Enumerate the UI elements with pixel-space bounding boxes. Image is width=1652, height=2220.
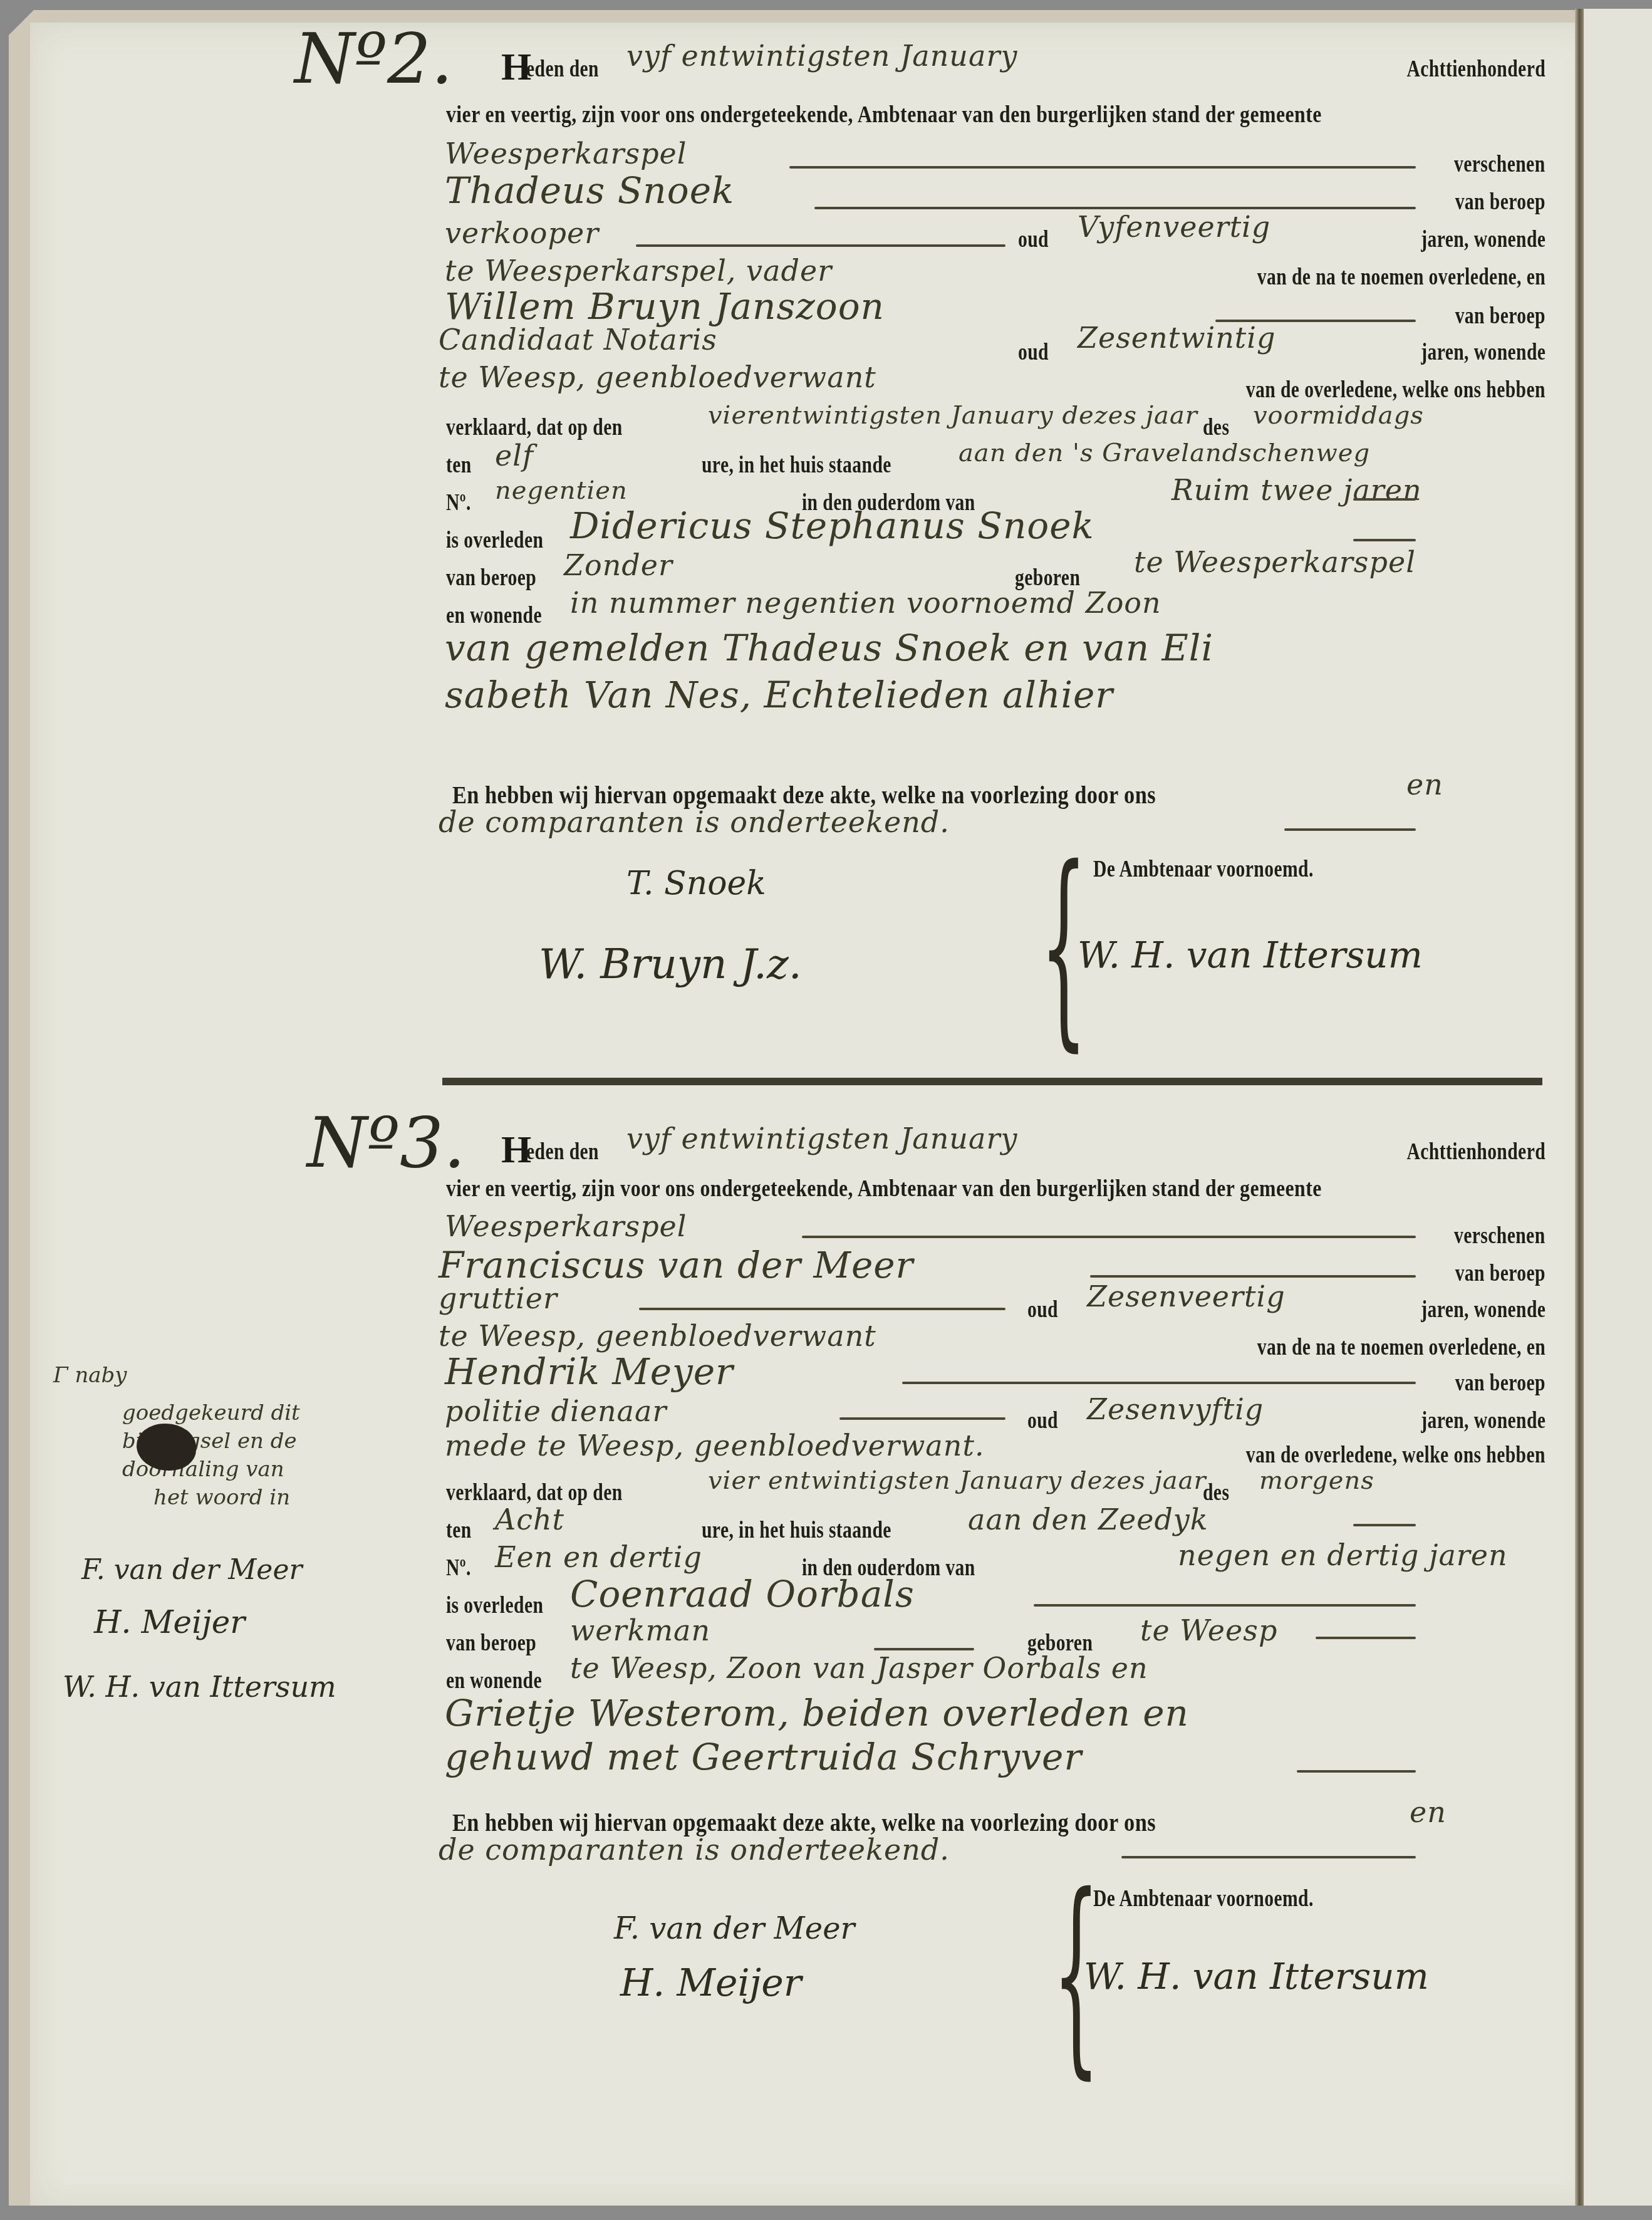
age-of-deceased: negen en dertig jaren: [1178, 1538, 1508, 1572]
closing-en: en: [1406, 768, 1443, 801]
fill-line: [789, 166, 1416, 169]
declarant1-profession: verkooper: [445, 216, 599, 250]
death-date: vier entwintigsten January dezes jaar: [708, 1466, 1207, 1495]
printed-en-wonende: en wonende: [446, 602, 542, 629]
printed-des: des: [1203, 414, 1229, 441]
fill-line: [802, 1236, 1416, 1238]
printed-jaren-wonende: jaren, wonende: [1421, 338, 1546, 366]
margin-signature: F. van der Meer: [81, 1554, 302, 1586]
declarant2-name: Willem Bruyn Janszoon: [445, 285, 885, 328]
printed-van-beroep: van beroep: [1455, 1369, 1546, 1397]
printed-verschenen: verschenen: [1455, 150, 1546, 178]
closing-handwritten: de comparanten is onderteekend.: [439, 1833, 950, 1867]
scan-background: [0, 2206, 1652, 2220]
fill-line: [1353, 498, 1416, 501]
fill-line: [839, 1417, 1005, 1420]
fill-line: [1353, 539, 1416, 541]
fill-line: [1316, 1637, 1416, 1639]
adjacent-page-edge: [1584, 9, 1652, 2211]
fill-line: [1353, 1524, 1416, 1526]
printed-van-beroep: van beroep: [446, 564, 536, 591]
printed-no: Nº.: [446, 489, 471, 516]
declarant1-age: Vyfenveertig: [1078, 210, 1270, 244]
printed-en-wonende: en wonende: [446, 1667, 542, 1694]
residence-line-3: sabeth Van Nes, Echtelieden alhier: [445, 674, 1113, 716]
printed-heden-den: eden den: [526, 1138, 599, 1165]
declarant2-profession: Candidaat Notaris: [439, 323, 717, 357]
closing-handwritten: de comparanten is onderteekend.: [439, 805, 950, 839]
printed-van-beroep: van beroep: [1455, 1259, 1546, 1287]
signature-declarant-2: W. Bruyn J.z.: [539, 940, 802, 988]
signature-official: W. H. van Ittersum: [1078, 934, 1423, 976]
printed-jaren-wonende: jaren, wonende: [1421, 1296, 1546, 1323]
margin-signature: H. Meijer: [94, 1604, 245, 1640]
margin-signature: W. H. van Ittersum: [63, 1670, 336, 1704]
declarant1-age: Zesenveertig: [1087, 1279, 1286, 1313]
printed-no: Nº.: [446, 1554, 471, 1582]
hour: Acht: [495, 1503, 564, 1536]
printed-ten: ten: [446, 1516, 472, 1544]
deceased-profession: werkman: [570, 1613, 710, 1647]
house-location: aan den 's Gravelandschenweg: [958, 439, 1370, 467]
signature-declarant-1: F. van der Meer: [614, 1911, 855, 1946]
deceased-name: Coenraad Oorbals: [570, 1573, 915, 1615]
handwritten-municipality: Weesperkarspel: [445, 1209, 687, 1243]
fill-line: [639, 1308, 1005, 1310]
printed-ure-in-het-huis: ure, in het huis staande: [702, 451, 891, 479]
record-number: Nº2.: [294, 19, 453, 99]
margin-note-line: Γ naby: [53, 1363, 127, 1388]
printed-ten: ten: [446, 451, 472, 479]
death-date: vierentwintigsten January dezes jaar: [708, 401, 1198, 430]
declarant2-residence: mede te Weesp, geenbloedverwant.: [445, 1429, 985, 1462]
age-of-deceased: Ruim twee jaren: [1171, 473, 1422, 507]
fill-line: [636, 244, 1005, 247]
record-separator: [442, 1078, 1542, 1085]
fill-line: [874, 1648, 974, 1650]
printed-van-de-na-te-noemen: van de na te noemen overledene, en: [1257, 1333, 1546, 1361]
declarant1-name: Thadeus Snoek: [445, 169, 734, 212]
deceased-name: Didericus Stephanus Snoek: [570, 504, 1094, 547]
printed-ure-in-het-huis: ure, in het huis staande: [702, 1516, 891, 1544]
handwritten-date: vyf entwintigsten January: [626, 39, 1017, 73]
declarant2-profession: politie dienaar: [445, 1394, 667, 1428]
fill-line: [1297, 1770, 1416, 1773]
declarant2-name: Hendrik Meyer: [445, 1350, 734, 1393]
printed-is-overleden: is overleden: [446, 1592, 543, 1619]
declarant1-residence: te Weesperkarspel, vader: [445, 254, 832, 288]
residence-line-1: te Weesp, Zoon van Jasper Oorbals en: [570, 1651, 1148, 1685]
house-number: Een en dertig: [495, 1540, 702, 1574]
printed-van-beroep: van beroep: [1455, 188, 1546, 216]
printed-oud: oud: [1018, 338, 1049, 366]
house-location: aan den Zeedyk: [968, 1503, 1208, 1536]
declarant1-name: Franciscus van der Meer: [439, 1244, 913, 1286]
record-number: Nº3.: [307, 1103, 465, 1183]
closing-en: en: [1410, 1795, 1447, 1829]
signature-official: W. H. van Ittersum: [1084, 1955, 1429, 1998]
handwritten-date: vyf entwintigsten January: [626, 1122, 1017, 1155]
printed-jaren-wonende: jaren, wonende: [1421, 226, 1546, 253]
printed-oud: oud: [1027, 1407, 1058, 1434]
declarant2-residence: te Weesp, geenbloedverwant: [439, 360, 876, 394]
printed-van-beroep: van beroep: [1455, 302, 1546, 330]
signature-declarant-1: T. Snoek: [626, 865, 766, 902]
printed-oud: oud: [1018, 226, 1049, 253]
book-gutter: [1575, 9, 1584, 2211]
residence-line-1: in nummer negentien voornoemd Zoon: [570, 586, 1161, 620]
fill-line: [814, 207, 1416, 209]
printed-achttienhonderd: Achttienhonderd: [1406, 1138, 1546, 1165]
deceased-profession: Zonder: [564, 548, 673, 582]
printed-oud: oud: [1027, 1296, 1058, 1323]
fill-line: [1090, 1275, 1416, 1278]
declarant1-profession: gruttier: [439, 1281, 558, 1315]
printed-line-2: vier en veertig, zijn voor ons ondergete…: [446, 102, 1322, 128]
printed-van-beroep: van beroep: [446, 1629, 536, 1657]
house-number: negentien: [495, 476, 628, 505]
declarant2-age: Zesentwintig: [1078, 321, 1275, 355]
register-page: [30, 23, 1603, 2209]
fill-line: [1284, 828, 1416, 831]
fill-line: [1034, 1604, 1416, 1607]
printed-is-overleden: is overleden: [446, 526, 543, 554]
printed-line-2: vier en veertig, zijn voor ons ondergete…: [446, 1175, 1322, 1202]
margin-note-line: het woord in: [153, 1485, 290, 1510]
printed-van-de-overledene: van de overledene, welke ons hebben: [1246, 376, 1546, 404]
deceased-birthplace: te Weesperkarspel: [1134, 545, 1416, 579]
time-of-day: morgens: [1259, 1466, 1374, 1495]
residence-line-2: van gemelden Thadeus Snoek en van Eli: [445, 627, 1213, 669]
printed-achttienhonderd: Achttienhonderd: [1406, 55, 1546, 83]
residence-line-3: gehuwd met Geertruida Schryver: [445, 1736, 1082, 1778]
declarant1-residence: te Weesp, geenbloedverwant: [439, 1319, 876, 1353]
printed-verklaard: verklaard, dat op den: [446, 414, 623, 441]
printed-heden-den: eden den: [526, 55, 599, 83]
printed-jaren-wonende: jaren, wonende: [1421, 1407, 1546, 1434]
time-of-day: voormiddags: [1253, 401, 1424, 430]
fill-line: [902, 1382, 1416, 1384]
hour: elf: [495, 439, 534, 472]
printed-verschenen: verschenen: [1455, 1222, 1546, 1249]
margin-note-line: goedgekeurd dit: [122, 1400, 300, 1425]
handwritten-municipality: Weesperkarspel: [445, 137, 687, 170]
printed-van-de-overledene: van de overledene, welke ons hebben: [1246, 1441, 1546, 1469]
fill-line: [1121, 1856, 1416, 1858]
printed-ambtenaar-voornoemd: De Ambtenaar voornoemd.: [1093, 855, 1314, 883]
printed-ambtenaar-voornoemd: De Ambtenaar voornoemd.: [1093, 1885, 1314, 1912]
residence-line-2: Grietje Westerom, beiden overleden en: [445, 1692, 1189, 1734]
declarant2-age: Zesenvyftig: [1087, 1392, 1264, 1426]
signature-declarant-2: H. Meijer: [620, 1961, 801, 2005]
printed-van-de-na-te-noemen: van de na te noemen overledene, en: [1257, 263, 1546, 291]
deceased-birthplace: te Weesp: [1140, 1613, 1277, 1647]
